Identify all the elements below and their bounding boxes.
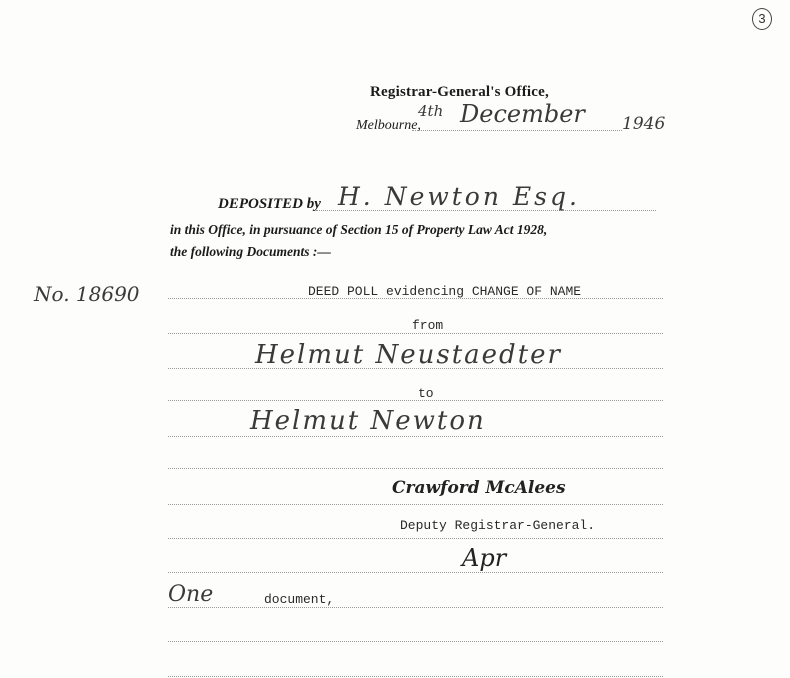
deposited-by-label: DEPOSITED by [218,196,321,213]
page-number: 3 [752,8,772,30]
date-year: 1946 [622,114,665,134]
dotted-line [168,607,663,608]
date-day: 4th [418,102,443,120]
record-number: No. 18690 [34,282,140,306]
date-dotted-line [412,130,622,131]
place-label: Melbourne, [356,118,421,134]
statement-line-1: in this Office, in pursuance of Section … [170,222,547,238]
document-description: DEED POLL evidencing CHANGE OF NAME [308,284,581,299]
signer-title: Deputy Registrar-General. [400,518,595,533]
from-label: from [412,318,443,333]
dotted-line [168,538,663,539]
signature: Crawford McAlees [392,478,566,498]
dotted-line [168,641,663,642]
dotted-line [168,676,663,677]
dotted-line [168,572,663,573]
old-name: Helmut Neustaedter [255,340,562,370]
dotted-line [168,333,663,334]
new-name: Helmut Newton [250,406,486,436]
document-count-typed: document, [264,592,334,607]
office-title: Registrar-General's Office, [370,84,549,101]
depositor-name: H. Newton Esq. [338,182,580,211]
document-count-handwritten: One [168,582,213,607]
dotted-line [168,436,663,437]
to-label: to [418,386,434,401]
statement-line-2: the following Documents :— [170,244,331,260]
initials: Apr [462,544,506,572]
dotted-line [168,468,663,469]
date-month: December [460,100,585,128]
dotted-line [168,504,663,505]
dotted-line [168,400,663,401]
